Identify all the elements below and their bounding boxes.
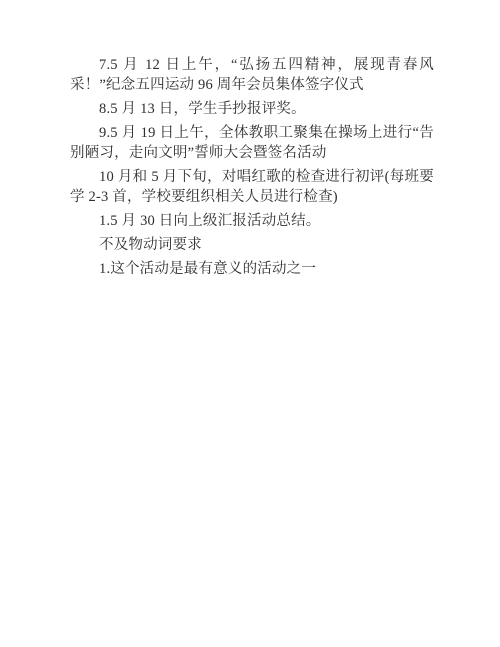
paragraph-red-song-check: 10 月和 5 月下旬，对唱红歌的检查进行初评(每班要学 2-3 首，学校要组织…: [70, 167, 434, 207]
paragraph-summary-report: 1.5 月 30 日向上级汇报活动总结。: [70, 211, 434, 231]
paragraph-oath-meeting: 9.5 月 19 日上午，全体教职工聚集在操场上进行“告别陋习，走向文明”誓师大…: [70, 123, 434, 163]
paragraph-activity-signing: 7.5 月 12 日上午，“弘扬五四精神，展现青春风采！”纪念五四运动 96 周…: [70, 55, 434, 95]
paragraph-verb-requirement: 不及物动词要求: [70, 235, 434, 255]
paragraph-meaningful-activity: 1.这个活动是最有意义的活动之一: [70, 259, 434, 279]
document-page: 7.5 月 12 日上午，“弘扬五四精神，展现青春风采！”纪念五四运动 96 周…: [0, 0, 500, 647]
paragraph-handcopy-award: 8.5 月 13 日，学生手抄报评奖。: [70, 99, 434, 119]
